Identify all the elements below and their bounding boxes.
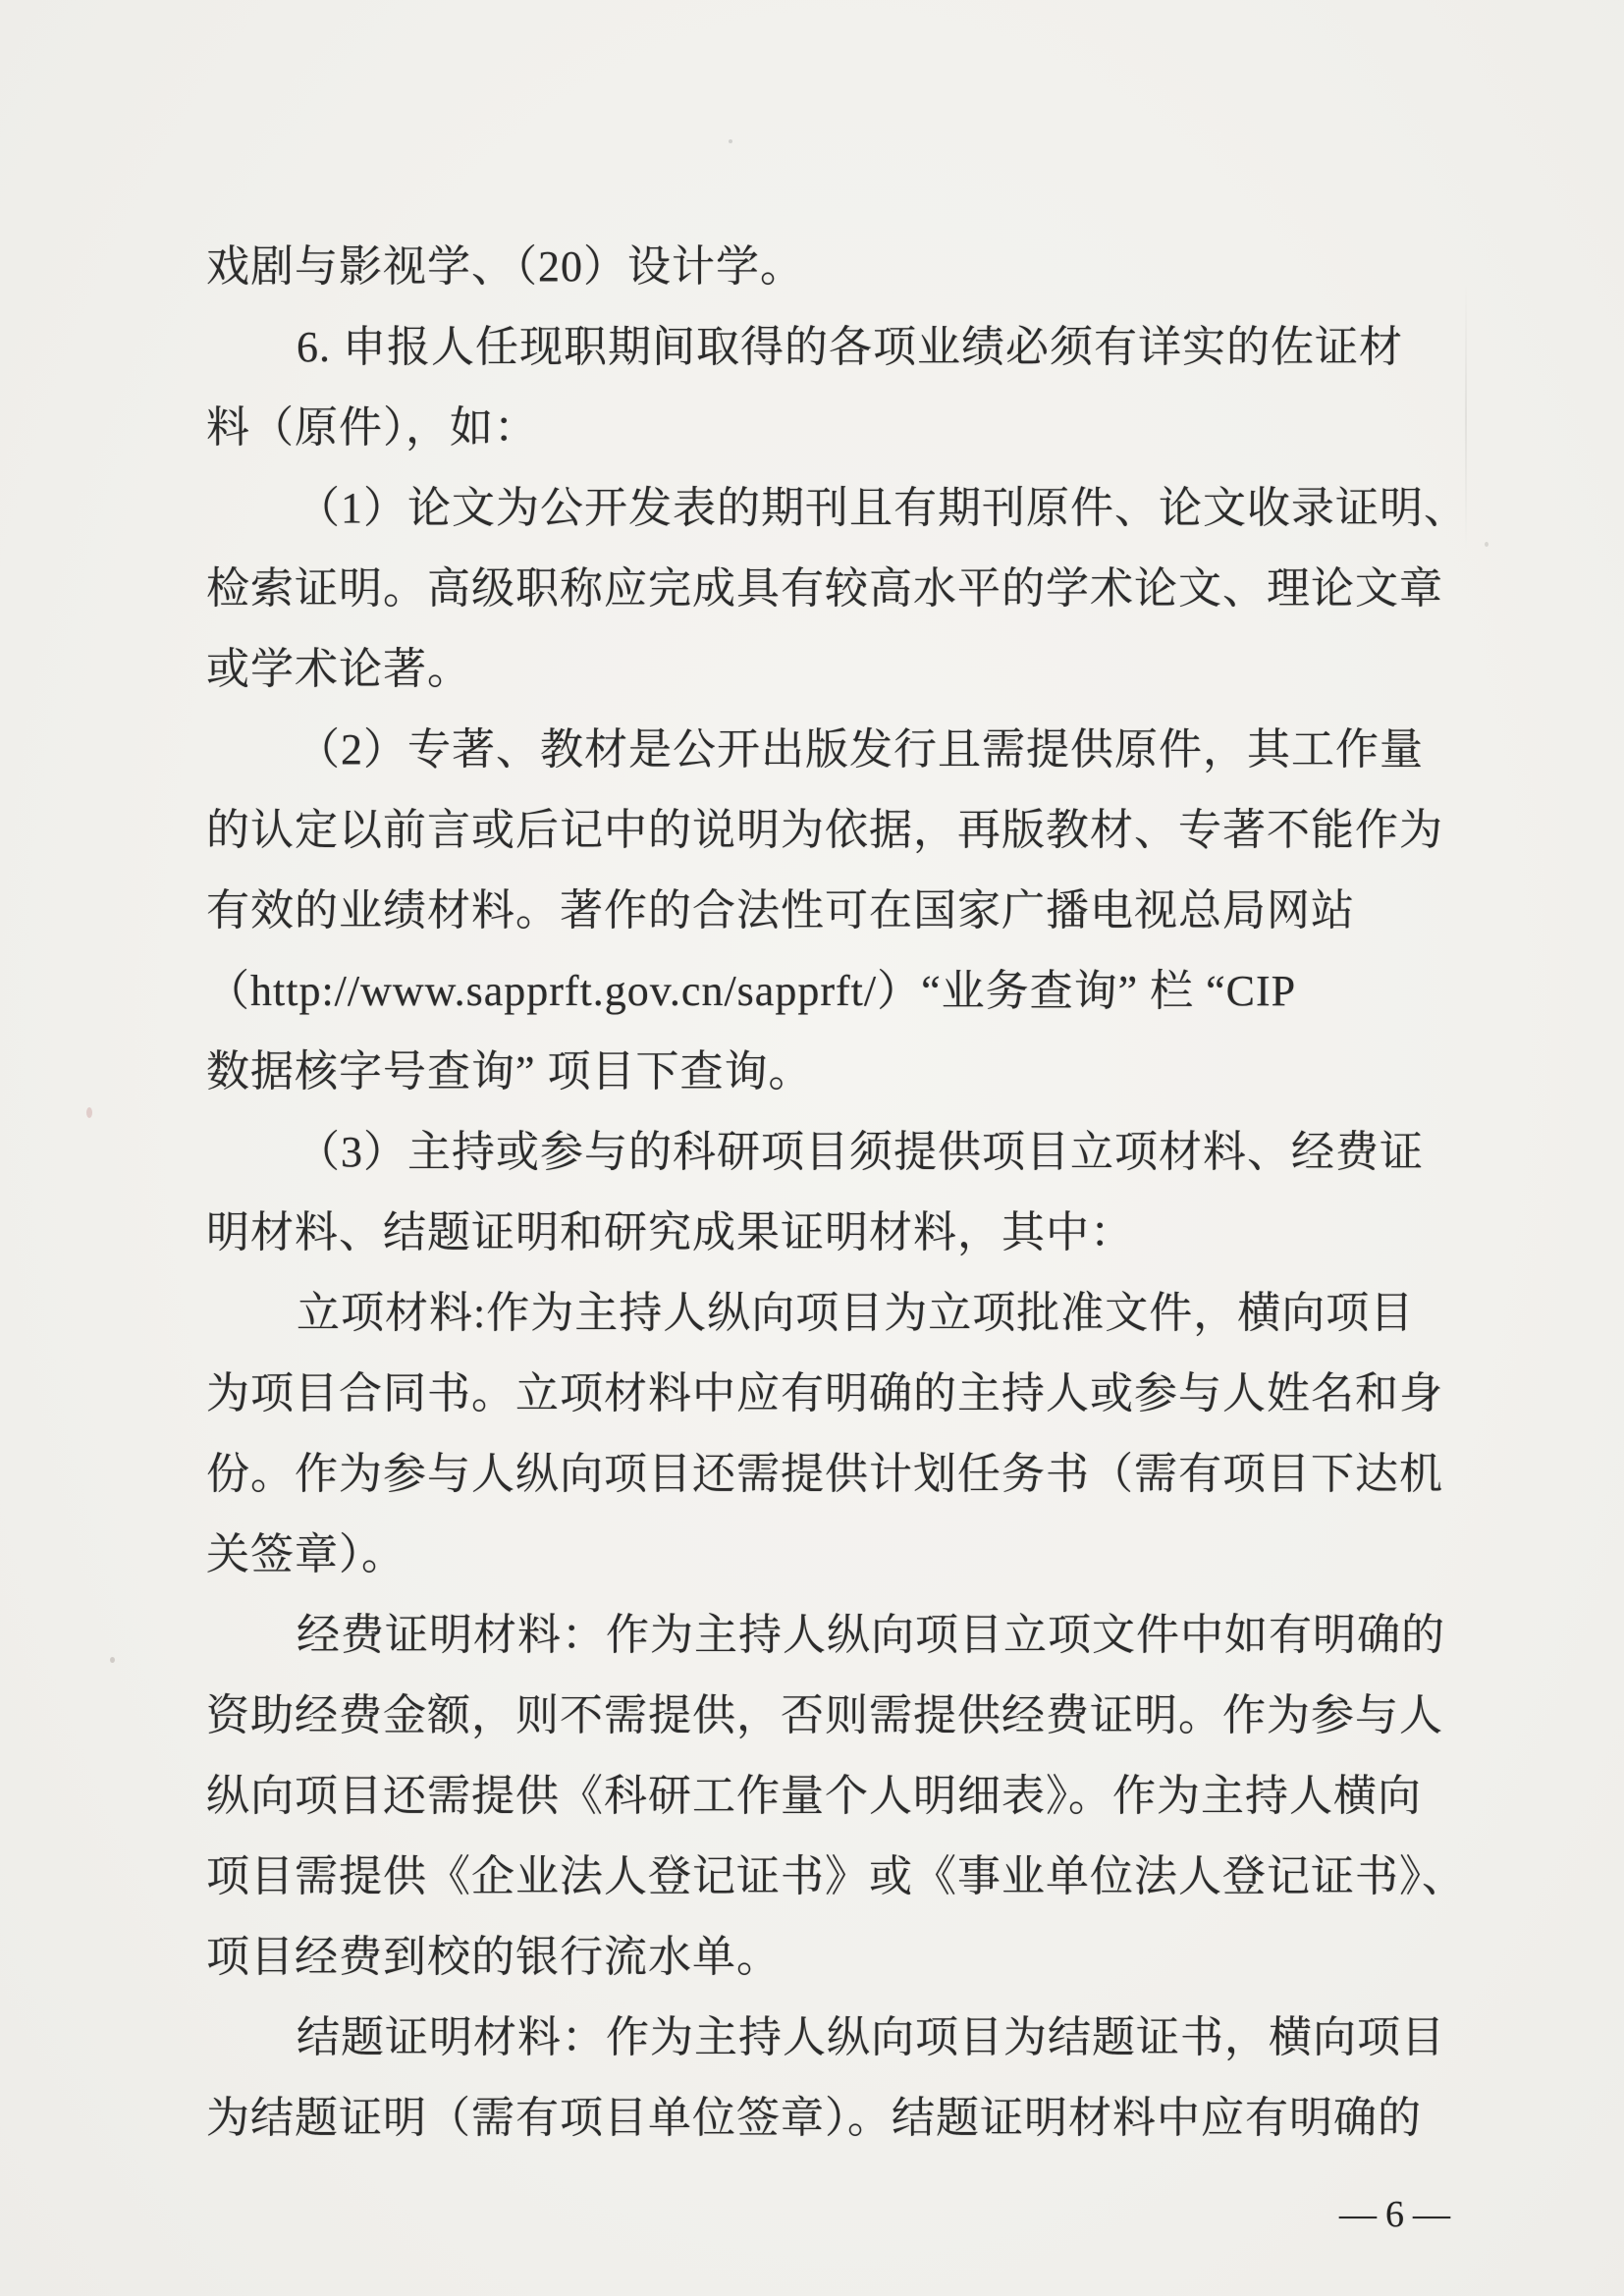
scan-speck	[1485, 542, 1489, 547]
text-line: （http://www.sapprft.gov.cn/sapprft/）“业务查…	[206, 951, 1443, 1032]
scan-speck	[729, 139, 732, 143]
text-line: （2）专著、教材是公开出版发行且需提供原件，其工作量	[206, 710, 1443, 790]
text-line: 为结题证明（需有项目单位签章）。结题证明材料中应有明确的	[206, 2078, 1443, 2159]
text-line: 项目经费到校的银行流水单。	[206, 1917, 1443, 1998]
text-line: 纵向项目还需提供《科研工作量个人明细表》。作为主持人横向	[206, 1756, 1443, 1837]
text-line: 戏剧与影视学、（20）设计学。	[206, 227, 1443, 307]
text-line: 或学术论著。	[206, 629, 1443, 710]
text-line: 料（原件），如：	[206, 388, 1443, 468]
text-line: 结题证明材料：作为主持人纵向项目为结题证书，横向项目	[206, 1998, 1443, 2078]
text-line: 关签章）。	[206, 1515, 1443, 1595]
text-line: 项目需提供《企业法人登记证书》或《事业单位法人登记证书》、	[206, 1837, 1443, 1917]
document-body: 戏剧与影视学、（20）设计学。 6. 申报人任现职期间取得的各项业绩必须有详实的…	[206, 227, 1443, 2159]
text-line: （3）主持或参与的科研项目须提供项目立项材料、经费证	[206, 1112, 1443, 1193]
scan-speck	[86, 1107, 92, 1118]
text-line: 经费证明材料：作为主持人纵向项目立项文件中如有明确的	[206, 1595, 1443, 1676]
text-line: 检索证明。高级职称应完成具有较高水平的学术论文、理论文章	[206, 549, 1443, 629]
text-line: （1）论文为公开发表的期刊且有期刊原件、论文收录证明、	[206, 468, 1443, 549]
text-line: 为项目合同书。立项材料中应有明确的主持人或参与人姓名和身	[206, 1354, 1443, 1434]
text-line: 的认定以前言或后记中的说明为依据，再版教材、专著不能作为	[206, 790, 1443, 871]
scan-speck	[110, 1657, 115, 1663]
text-line: 数据核字号查询” 项目下查询。	[206, 1032, 1443, 1112]
text-line: 立项材料:作为主持人纵向项目为立项批准文件，横向项目	[206, 1273, 1443, 1354]
text-line: 有效的业绩材料。著作的合法性可在国家广播电视总局网站	[206, 871, 1443, 951]
scan-crease	[1465, 285, 1467, 550]
page-number: —6—	[1339, 2193, 1459, 2236]
text-line: 份。作为参与人纵向项目还需提供计划任务书（需有项目下达机	[206, 1434, 1443, 1515]
text-line: 资助经费金额，则不需提供，否则需提供经费证明。作为参与人	[206, 1676, 1443, 1756]
document-page: 戏剧与影视学、（20）设计学。 6. 申报人任现职期间取得的各项业绩必须有详实的…	[0, 0, 1624, 2296]
text-line: 6. 申报人任现职期间取得的各项业绩必须有详实的佐证材	[206, 307, 1443, 388]
text-line: 明材料、结题证明和研究成果证明材料，其中：	[206, 1193, 1443, 1273]
